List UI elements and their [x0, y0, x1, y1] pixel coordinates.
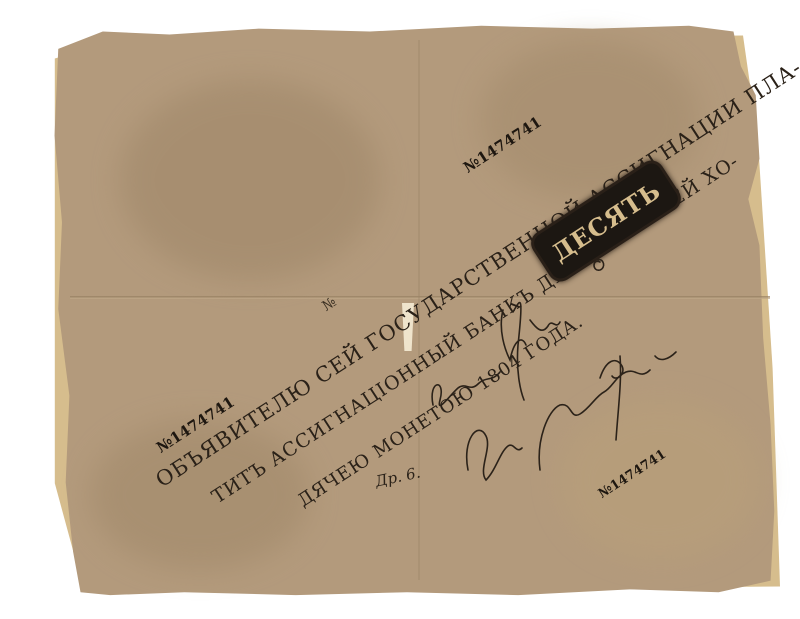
paper-stain: [120, 80, 380, 280]
paper-stain: [560, 400, 760, 560]
paper-stain: [480, 40, 700, 200]
